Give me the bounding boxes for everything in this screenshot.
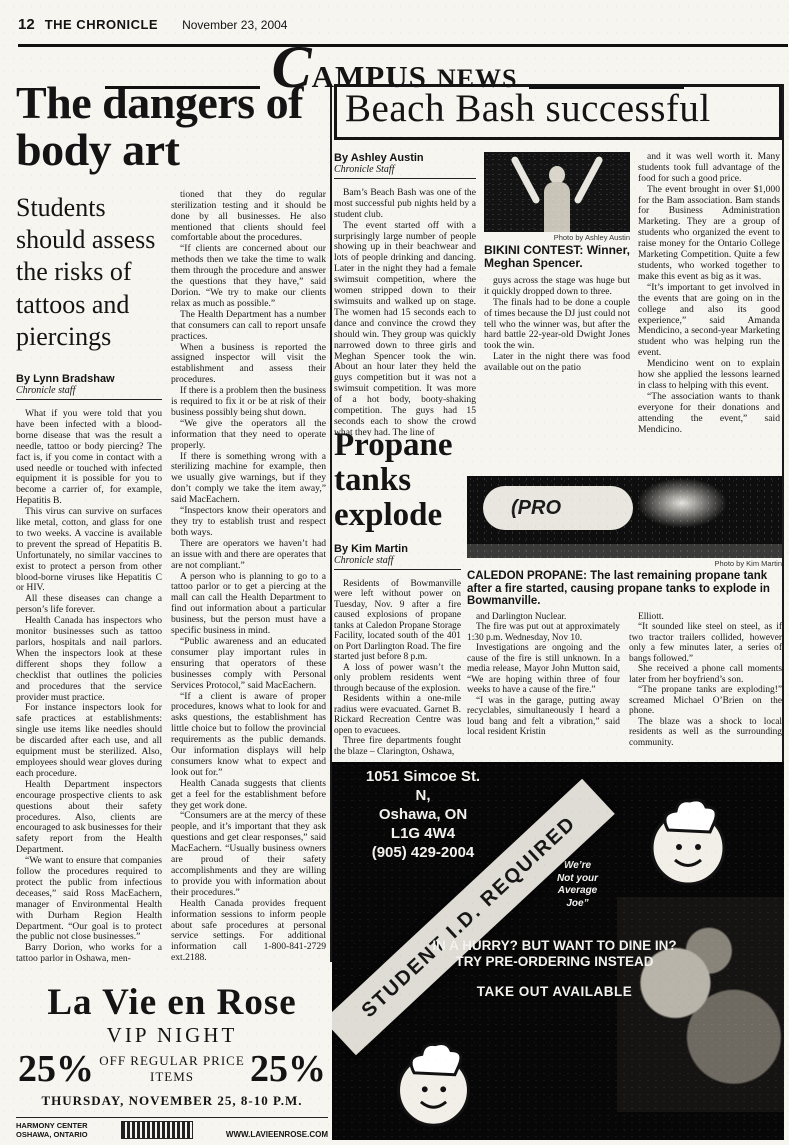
article-beach-bash: Beach Bash successful By Ashley Austin C… [334,84,782,436]
body-art-column-2: tioned that they do regular sterilizatio… [171,190,326,964]
discount-left: 25% [18,1050,94,1088]
body-art-column-1: What if you were told that you have been… [16,409,162,964]
propane-column-1: Residents of Bowmanville were left witho… [334,579,461,758]
paragraph: 1051 Simcoe St. N, [358,767,488,805]
propane-byline: By Kim Martin Chronicle staff [334,543,461,570]
propane-column-2: and Darlington Nuclear.The fire was put … [467,612,620,749]
la-vie-en-rose-ad: La Vie en Rose VIP NIGHT 25% OFF REGULAR… [16,984,328,1140]
bikini-contest-photo [484,152,630,232]
paragraph: “Public awareness and an educated consum… [171,637,326,692]
paragraph: A loss of power wasn’t the only problem … [334,663,461,695]
paragraph: The event brought in over $1,000 for the… [638,185,780,283]
paragraph: Health Canada provides frequent informat… [171,899,326,964]
paragraph: A person who is planning to go to a tatt… [171,572,326,637]
pizza-restaurant-ad: 1051 Simcoe St. N,Oshawa, ONL1G 4W4(905)… [332,762,784,1140]
page-edge-rule [782,84,784,762]
caption-label: BIKINI CONTEST: [484,243,583,257]
bikini-photo-caption: BIKINI CONTEST: Winner, Meghan Spencer. [484,244,630,271]
propane-photo-section: (PRO Photo by Kim Martin CALEDON PROPANE… [467,476,782,762]
smoke-plume [637,478,727,528]
paragraph: Later in the night there was food availa… [484,352,630,374]
photo-figure-torso [544,182,570,232]
paragraph: Residents within a one-mile radius were … [334,694,461,736]
section-title: CAMPUSNEWS [272,46,518,95]
article-body-art: The dangers of body art Students should … [16,80,326,964]
paragraph: “We give the operators all the informati… [171,419,326,452]
newspaper-page: 12 THE CHRONICLE November 23, 2004 CAMPU… [0,0,789,1145]
propane-column-3: Elliott.“It sounded like steel on steel,… [629,612,782,749]
publication-name: THE CHRONICLE [45,17,158,32]
paragraph: “It sounded like steel on steel, as if t… [629,622,782,664]
paragraph: If there is a problem then the business … [171,386,326,419]
paragraph: The finals had to be done a couple of ti… [484,298,630,353]
promo-line-2: TRY PRE-ORDERING INSTEAD [427,954,682,970]
section-initial: C [272,46,312,89]
paragraph: Investigations are ongoing and the cause… [467,643,620,696]
masthead-line-left [105,86,260,89]
paragraph: Health Canada has inspectors who monitor… [16,616,162,703]
pizza-hand-photo [617,897,784,1112]
paragraph: There are operators we haven’t had an is… [171,539,326,572]
venue-info: HARMONY CENTER OSHAWA, ONTARIO [16,1121,88,1139]
paragraph: “I was in the garage, putting away recyc… [467,696,620,738]
photo-figure-arm [573,155,604,204]
promo-line-1: IN A HURRY? BUT WANT TO DINE IN? [427,938,682,954]
paragraph: “We want to ensure that companies follow… [16,856,162,943]
paragraph: This virus can survive on surfaces like … [16,507,162,594]
photo-ground [467,544,782,558]
paragraph: L1G 4W4 [358,824,488,843]
byline-author: By Lynn Bradshaw [16,373,162,385]
masthead-line-right [529,86,684,89]
paragraph: Three fire departments fought the blaze … [334,736,461,757]
propane-photo-caption: CALEDON PROPANE: The last remaining prop… [467,570,782,608]
ad-subtitle: VIP NIGHT [16,1023,328,1048]
photo-credit: Photo by Kim Martin [467,559,782,568]
issue-date: November 23, 2004 [182,18,287,32]
propane-tank-shape: (PRO [483,486,633,530]
byline-author: By Ashley Austin [334,152,476,164]
paragraph: Barry Dorion, who works for a tattoo par… [16,943,162,964]
paragraph: The fire was put out at approximately 1:… [467,622,620,643]
takeout-line: TAKE OUT AVAILABLE [427,984,682,999]
paragraph: All these diseases can change a person’s… [16,594,162,616]
propane-tank-photo: (PRO [467,476,782,558]
paragraph: When a business is reported the assigned… [171,343,326,387]
byline-organization: Chronicle staff [16,385,162,400]
ad-address: 1051 Simcoe St. N,Oshawa, ONL1G 4W4(905)… [358,767,488,862]
page-number: 12 [18,16,35,33]
paragraph: Mendicino went on to explain how she app… [638,359,780,392]
paragraph: Health Canada suggests that clients get … [171,779,326,812]
paragraph: tioned that they do regular sterilizatio… [171,190,326,245]
byline-organization: Chronicle staff [334,555,461,570]
paragraph: She received a phone call moments later … [629,664,782,685]
chef-illustration [385,1034,482,1131]
venue-line-1: HARMONY CENTER [16,1121,88,1130]
paragraph: If there is something wrong with a steri… [171,452,326,507]
beach-bash-byline: By Ashley Austin Chronicle Staff [334,152,476,179]
paragraph: Residents of Bowmanville were left witho… [334,579,461,663]
ad-title: La Vie en Rose [16,984,328,1021]
paragraph: Average [530,885,625,898]
website-url: WWW.LAVIEENROSE.COM [226,1130,328,1139]
paragraph: “If clients are concerned about our meth… [171,244,326,309]
event-schedule: THURSDAY, NOVEMBER 25, 8-10 P.M. [16,1093,328,1109]
discount-right: 25% [250,1050,326,1088]
photo-figure-head [549,166,565,184]
byline-author: By Kim Martin [334,543,461,555]
paragraph: The Health Department has a number that … [171,310,326,343]
offer-text: OFF REGULAR PRICE ITEMS [94,1053,250,1085]
body-art-byline: By Lynn Bradshaw Chronicle staff [16,373,162,400]
caption-label: CALEDON PROPANE: [467,570,587,582]
paragraph: For instance inspectors look for safe pr… [16,703,162,779]
paragraph: and Darlington Nuclear. [467,612,620,623]
beach-bash-column-3: and it was well worth it. Many students … [638,152,780,436]
section-masthead: CAMPUSNEWS [0,46,789,95]
section-rest: AMPUS [312,59,427,95]
paragraph: The blaze was a shock to local residents… [629,717,782,749]
photo-credit: Photo by Ashley Austin [484,233,630,242]
article-propane: Propane tanks explode By Kim Martin Chro… [334,428,461,762]
section-word2: NEWS [437,64,518,94]
beach-bash-column-1: Bam’s Beach Bash was one of the most suc… [334,188,476,436]
paragraph: Joe” [530,898,625,911]
paragraph: “Inspectors know their operators and the… [171,506,326,539]
paragraph: Oshawa, ON [358,805,488,824]
page-header: 12 THE CHRONICLE November 23, 2004 [18,16,287,33]
paragraph: Bam’s Beach Bash was one of the most suc… [334,188,476,221]
paragraph: “Consumers are at the mercy of these peo… [171,811,326,898]
paragraph: “It’s important to get involved in the e… [638,283,780,359]
ad-promo-text: IN A HURRY? BUT WANT TO DINE IN? TRY PRE… [427,938,682,970]
photo-figure-arm [510,155,541,204]
paragraph: “The association wants to thank everyone… [638,392,780,436]
paragraph: and it was well worth it. Many students … [638,152,780,185]
paragraph: guys across the stage was huge but it qu… [484,276,630,298]
body-art-deck: Students should assess the risks of tatt… [16,192,162,353]
paragraph: What if you were told that you have been… [16,409,162,507]
paragraph: “The propane tanks are exploding!” screa… [629,685,782,717]
paragraph: (905) 429-2004 [358,843,488,862]
paragraph: Health Department inspectors encourage p… [16,780,162,856]
paragraph: The event started off with a surprisingl… [334,221,476,436]
beach-bash-headline: Beach Bash successful [345,89,771,130]
propane-headline: Propane tanks explode [334,428,461,533]
byline-organization: Chronicle Staff [334,164,476,179]
paragraph: Elliott. [629,612,782,623]
chef-illustration [638,790,738,890]
venue-line-2: OSHAWA, ONTARIO [16,1130,88,1139]
paragraph: “If a client is aware of proper procedur… [171,692,326,779]
lavie-logo [121,1121,193,1139]
beach-bash-column-2: guys across the stage was huge but it qu… [484,276,630,374]
